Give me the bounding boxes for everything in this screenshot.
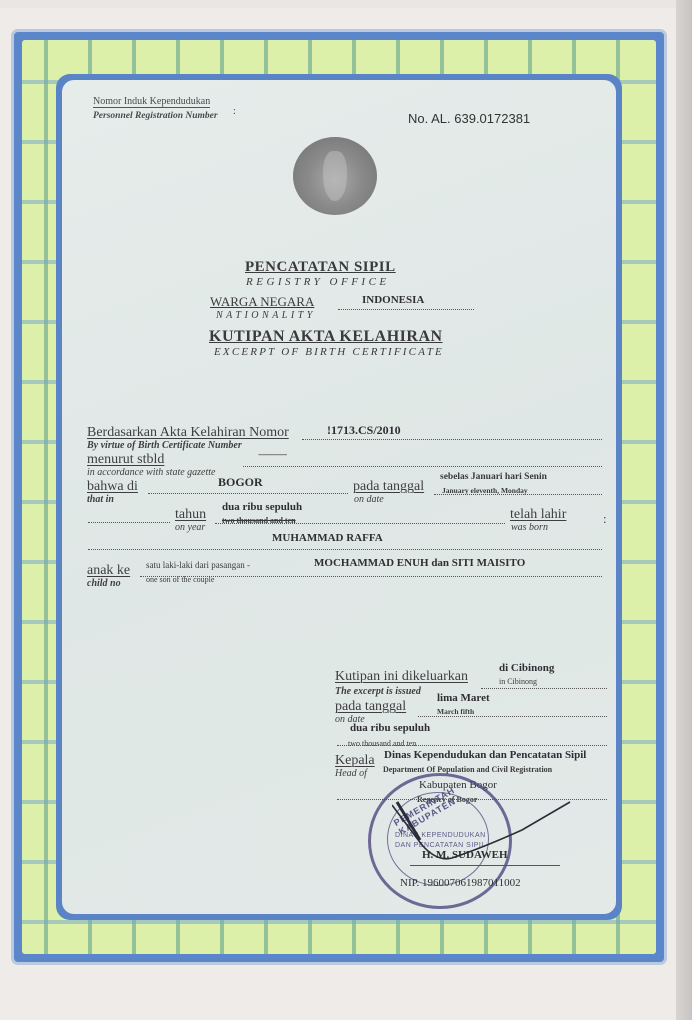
nationality-value: INDONESIA (362, 294, 424, 306)
department-name-en: Department Of Population and Civil Regis… (383, 765, 552, 774)
place-label-en: that in (87, 494, 114, 505)
nationality-label: WARGA NEGARA (210, 294, 314, 310)
certificate-title: KUTIPAN AKTA KELAHIRAN (209, 328, 443, 346)
child-no-label: anak ke (87, 563, 130, 579)
office-title-en: REGISTRY OFFICE (246, 276, 390, 288)
date-value: sebelas Januari hari Senin (440, 472, 547, 482)
stbld-label-en: in accordance with state gazette (87, 467, 216, 478)
date-label-en: on date (354, 494, 384, 505)
born-label-en: was born (511, 522, 548, 533)
nationality-label-en: NATIONALITY (216, 310, 316, 321)
issued-year-value: dua ribu sepuluh (350, 722, 430, 734)
serial-number: No. AL. 639.0172381 (408, 111, 530, 126)
issued-place: di Cibinong (499, 662, 554, 674)
year-value: dua ribu sepuluh (222, 501, 302, 513)
stbld-label: menurut stbld (87, 452, 164, 468)
issued-year-value-en: two thousand and ten (348, 739, 416, 748)
signatory-underline (410, 865, 560, 866)
stbld-dotted-line (243, 466, 602, 467)
head-label: Kepala (335, 753, 375, 769)
year-label-en: on year (175, 522, 205, 533)
issued-place-dotted-line (481, 688, 607, 689)
cert-number-label-en: By virtue of Birth Certificate Number (87, 440, 242, 451)
issued-label: Kutipan ini dikeluarkan (335, 669, 468, 685)
signature (392, 800, 572, 880)
stbld-value: ----------------- (258, 450, 286, 459)
born-colon: : (603, 511, 607, 527)
year-label: tahun (175, 507, 206, 523)
date-label: pada tanggal (353, 479, 424, 495)
nik-label: Nomor Induk Kependudukan (93, 96, 210, 108)
child-no-value: satu laki-laki dari pasangan - (146, 560, 250, 570)
office-title: PENCATATAN SIPIL (245, 259, 396, 276)
issued-date-value-en: March fifth (437, 707, 474, 716)
issued-date-label: pada tanggal (335, 699, 406, 715)
child-no-label-en: child no (87, 578, 121, 589)
year-dotted-line (215, 523, 505, 524)
date-dotted-line (434, 494, 602, 495)
issued-place-en: in Cibinong (499, 677, 537, 686)
head-label-en: Head of (335, 768, 367, 779)
nik-label-en: Personnel Registration Number (93, 111, 218, 121)
issued-date-dotted-line (418, 716, 607, 717)
signatory-nip: NIP. 196007061987011002 (400, 877, 521, 889)
child-name: MUHAMMAD RAFFA (272, 532, 383, 544)
year-leading-dotted-line (88, 522, 170, 523)
department-name: Dinas Kependudukan dan Pencatatan Sipil (384, 749, 586, 761)
cert-number-value: !1713.CS/2010 (327, 423, 401, 438)
issued-date-value: lima Maret (437, 692, 490, 704)
parents-names: MOCHAMMAD ENUH dan SITI MAISITO (314, 557, 525, 569)
nationality-dotted-line (338, 309, 474, 310)
born-label: telah lahir (510, 507, 566, 523)
certificate-title-en: EXCERPT OF BIRTH CERTIFICATE (214, 346, 444, 358)
national-emblem-seal (293, 137, 377, 215)
paper-edge (676, 0, 692, 1020)
issued-year-dotted-line (337, 745, 607, 746)
place-label: bahwa di (87, 479, 138, 495)
child-no-dotted-line (140, 576, 602, 577)
child-name-dotted-line (88, 549, 602, 550)
place-value: BOGOR (218, 475, 263, 490)
cert-number-dotted-line (302, 439, 602, 440)
place-dotted-line (148, 493, 348, 494)
issued-label-en: The excerpt is issued (335, 686, 421, 697)
signatory-name: H. M. SUDAWEH (422, 849, 508, 861)
cert-number-label: Berdasarkan Akta Kelahiran Nomor (87, 425, 289, 441)
nik-colon: : (233, 106, 236, 117)
